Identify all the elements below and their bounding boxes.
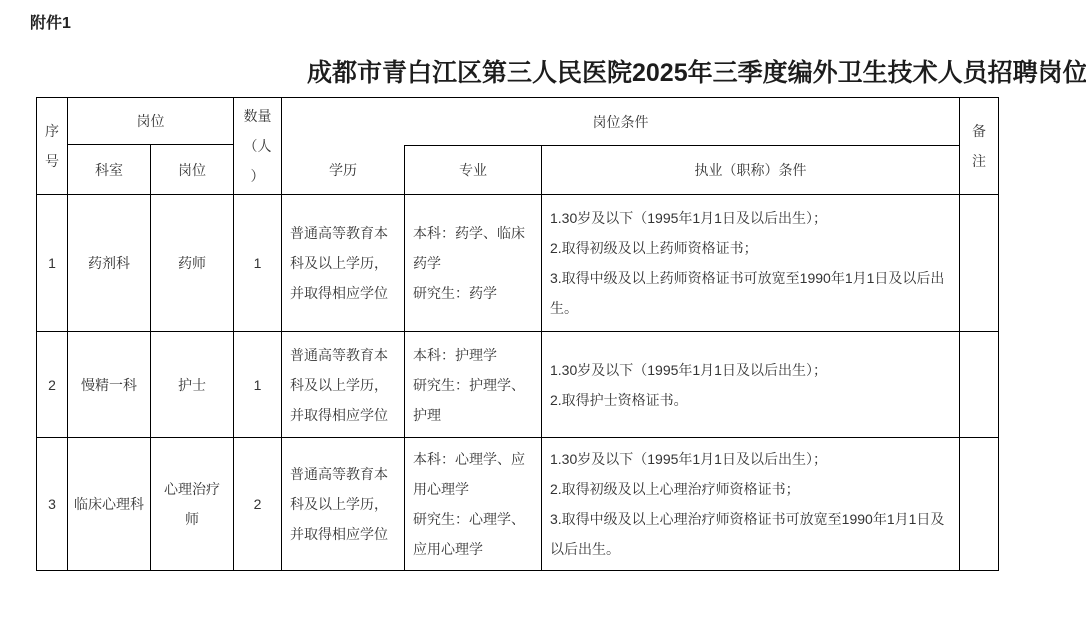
header-note: 备 注 [960, 98, 998, 194]
row2-major: 本科：护理学 研究生：护理学、护理 [405, 332, 542, 437]
header-dept: 科室 [68, 145, 151, 194]
header-conditions-group: 岗位条件 学历 专业 执业（职称）条件 [282, 98, 960, 194]
header-count: 数量 （人 ） [234, 98, 282, 194]
row1-major: 本科：药学、临床药学 研究生：药学 [405, 195, 542, 331]
row3-seq: 3 [37, 438, 68, 570]
table-row: 2 慢精一科 护士 1 普通高等教育本科及以上学历，并取得相应学位 本科：护理学… [37, 332, 998, 438]
header-conditions-group-label: 岗位条件 [282, 98, 959, 145]
row1-count: 1 [234, 195, 282, 331]
attachment-label: 附件1 [30, 10, 71, 33]
row2-seq: 2 [37, 332, 68, 437]
row2-post: 护士 [151, 332, 234, 437]
row1-post: 药师 [151, 195, 234, 331]
header-post: 岗位 [151, 145, 233, 194]
row2-dept: 慢精一科 [68, 332, 151, 437]
row3-major: 本科：心理学、应用心理学 研究生：心理学、应用心理学 [405, 438, 542, 570]
row3-dept: 临床心理科 [68, 438, 151, 570]
row2-count: 1 [234, 332, 282, 437]
row1-conditions: 1.30岁及以下（1995年1月1日及以后出生）； 2.取得初级及以上药师资格证… [542, 195, 960, 331]
row3-post: 心理治疗 师 [151, 438, 234, 570]
table-header: 序 号 岗位 科室 岗位 数量 （人 ） 岗位条件 学历 专业 执业（职称）条件… [37, 98, 998, 195]
row3-education: 普通高等教育本科及以上学历，并取得相应学位 [282, 438, 405, 570]
row3-count: 2 [234, 438, 282, 570]
row1-education: 普通高等教育本科及以上学历，并取得相应学位 [282, 195, 405, 331]
table-row: 3 临床心理科 心理治疗 师 2 普通高等教育本科及以上学历，并取得相应学位 本… [37, 438, 998, 570]
table-row: 1 药剂科 药师 1 普通高等教育本科及以上学历，并取得相应学位 本科：药学、临… [37, 195, 998, 332]
row2-conditions: 1.30岁及以下（1995年1月1日及以后出生）； 2.取得护士资格证书。 [542, 332, 960, 437]
row1-note [960, 195, 998, 331]
row1-seq: 1 [37, 195, 68, 331]
row1-dept: 药剂科 [68, 195, 151, 331]
document-title: 成都市青白江区第三人民医院2025年三季度编外卫生技术人员招聘岗位表 [307, 53, 1086, 89]
row3-note [960, 438, 998, 570]
row2-note [960, 332, 998, 437]
header-education: 学历 [282, 145, 405, 194]
header-seq: 序 号 [37, 98, 68, 194]
row2-education: 普通高等教育本科及以上学历，并取得相应学位 [282, 332, 405, 437]
header-post-group: 岗位 科室 岗位 [68, 98, 234, 194]
recruitment-table: 序 号 岗位 科室 岗位 数量 （人 ） 岗位条件 学历 专业 执业（职称）条件… [36, 97, 999, 571]
header-major: 专业 [405, 145, 542, 194]
header-license: 执业（职称）条件 [542, 145, 959, 194]
row3-conditions: 1.30岁及以下（1995年1月1日及以后出生）； 2.取得初级及以上心理治疗师… [542, 438, 960, 570]
header-post-group-label: 岗位 [68, 98, 233, 145]
